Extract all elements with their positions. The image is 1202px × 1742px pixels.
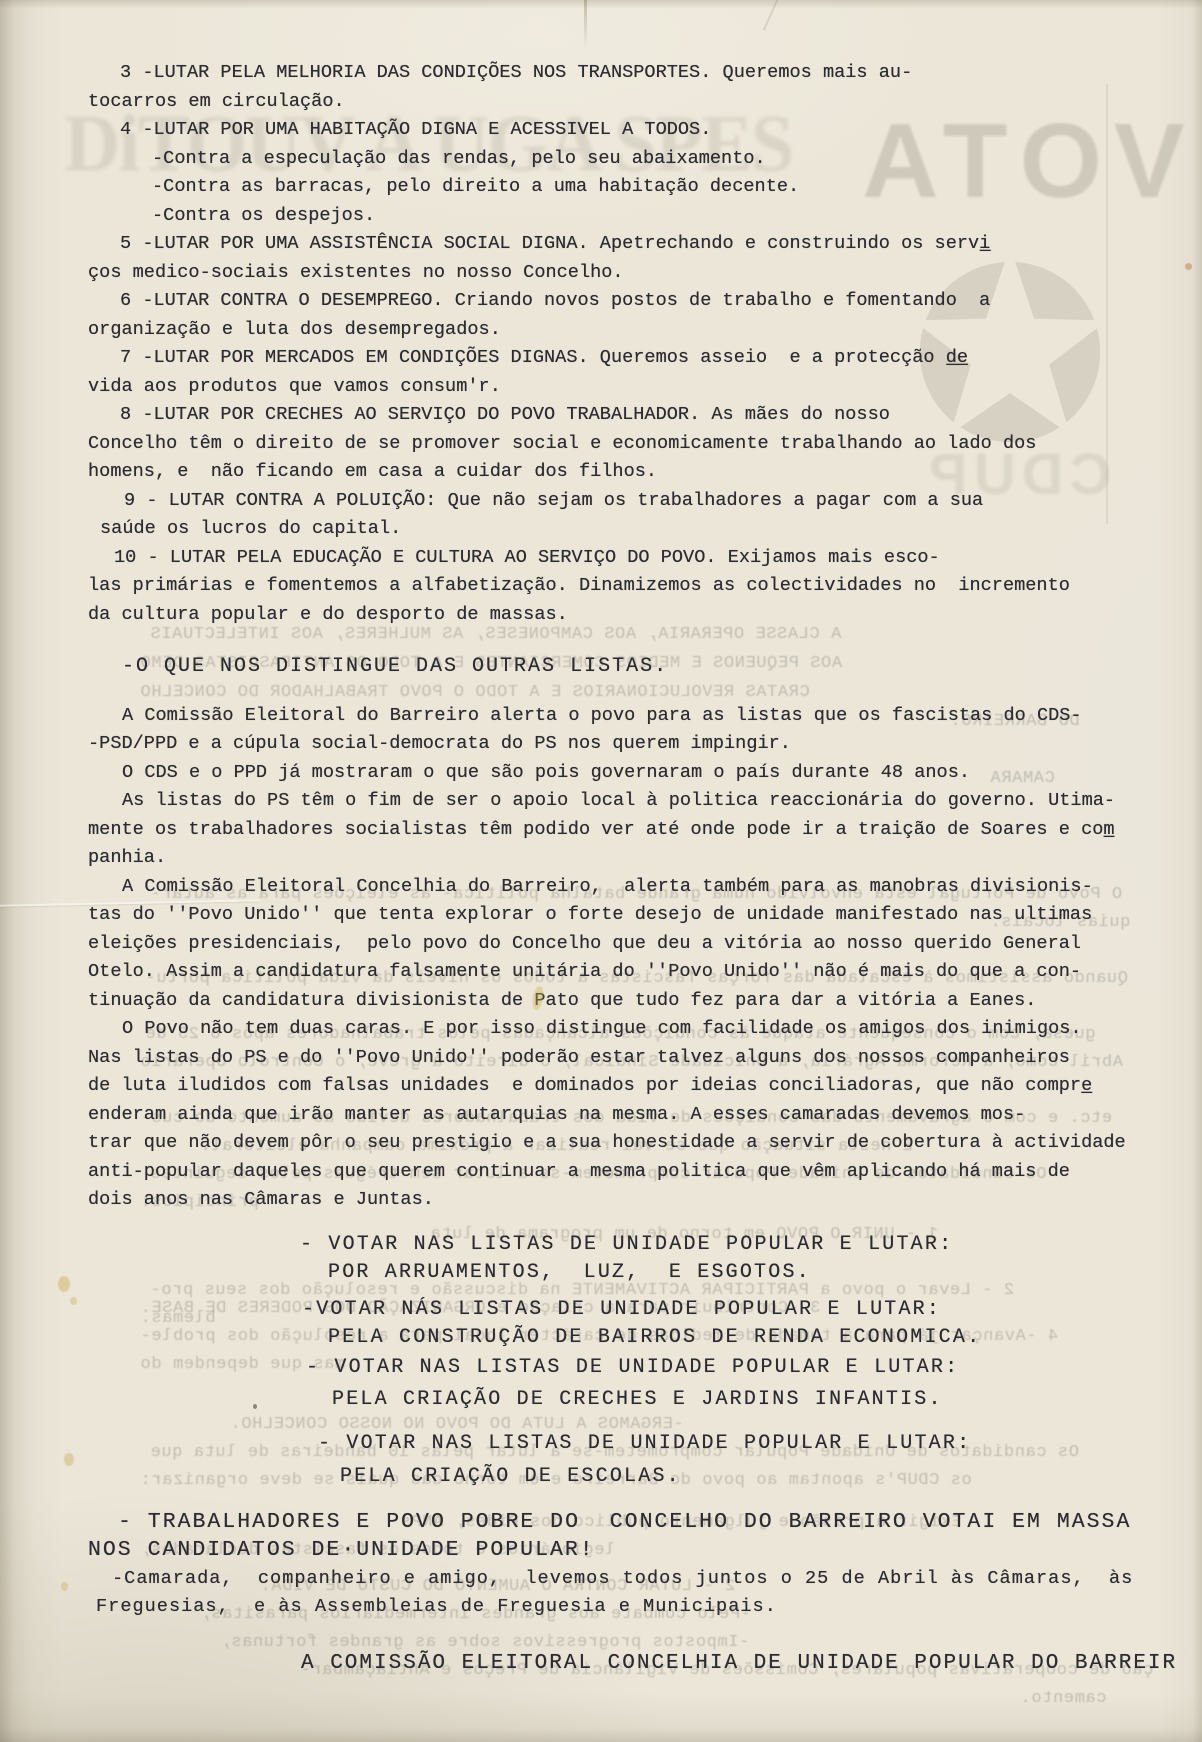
text-line: 8 -LUTAR POR CRECHES AO SERVIÇO DO POVO … [120,401,1168,430]
crease-right-fold [1106,84,1108,524]
text-line: 4 -LUTAR POR UMA HABITAÇÃO DIGNA E ACESS… [120,116,1168,145]
text-line: A Comissão Eleitoral do Barreiro alerta … [122,702,1168,731]
document-text: 3 -LUTAR PELA MELHORIA DAS CONDIÇÕES NOS… [88,59,1168,1678]
text-line: eleições presidenciais, pelo povo do Con… [88,930,1168,959]
text-line: A COMISSÃO ELEITORAL CONCELHIA DE UNIDAD… [301,1650,1168,1679]
text-line: 10 - LUTAR PELA EDUCAÇÃO E CULTURA AO SE… [114,544,1168,573]
text-line: O CDS e o PPD já mostraram o que são poi… [122,759,1168,788]
text-line: dois anos nas Câmaras e Juntas. [88,1186,1168,1215]
text-line: Nas listas do PS e do ''Povo Unido'' pod… [88,1044,1168,1073]
text-line: -PSD/PPD e a cúpula social-democrata do … [88,730,1168,759]
ghost-line: camento. [1020,1688,1106,1710]
text-line: - TRABALHADORES E POVO POBRE DO CONCELHO… [118,1508,1168,1537]
text-line: -Contra as barracas, pelo direito a uma … [152,173,1168,202]
text-line: As listas do PS têm o fim de ser o apoio… [122,787,1168,816]
text-line: enderam ainda que irão manter as autarqu… [88,1101,1168,1130]
text-line: NOS CANDIDATOS DE·UNIDADE POPULAR! [88,1536,1168,1565]
text-line: ços medico-sociais existentes no nosso C… [88,259,1168,288]
text-line: 5 -LUTAR POR UMA ASSISTÊNCIA SOCIAL DIGN… [120,230,1168,259]
text-line: PELA CRIAÇÃO DE CRECHES E JARDINS INFANT… [332,1386,1168,1415]
text-line: Freguesias, e às Assembleias de Freguesi… [96,1593,1168,1622]
text-line: - VOTAR NAS LISTAS DE UNIDADE POPULAR E … [306,1354,1168,1383]
text-line: de luta iludidos com falsas unidades e d… [88,1072,1168,1101]
text-line: A Comissão Eleitoral Concelhia do Barrei… [122,873,1168,902]
text-line: panhia. [88,844,1168,873]
text-line: organização e luta dos desempregados. [88,316,1168,345]
text-line: tas do ''Povo Unido'' que tenta explorar… [88,901,1168,930]
crease-top-center [584,0,587,50]
text-line: PELA CONSTRUÇÃO DE BAIRROS DE RENDA ECON… [328,1324,1168,1353]
stain [64,1453,74,1466]
text-line: 7 -LUTAR POR MERCADOS EM CONDIÇÕES DIGNA… [120,344,1168,373]
text-line: O Povo não tem duas caras. E por isso di… [122,1015,1168,1044]
scanned-leaflet-page: DiTOUV A UGA SPES VOTA CDUP A CLASSE OPE… [0,0,1202,1742]
text-line: anti-popular daqueles que querem continu… [88,1158,1168,1187]
text-line: 3 -LUTAR PELA MELHORIA DAS CONDIÇÕES NOS… [120,59,1168,88]
text-line: Otelo. Assim a candidatura falsamente un… [88,958,1168,987]
text-line: saúde os lucros do capital. [100,515,1168,544]
stain [58,1276,70,1292]
text-line: - VOTAR NAS LISTAS DE UNIDADE POPULAR E … [318,1430,1168,1459]
text-line: Concelho têm o direito de se promover so… [88,430,1168,459]
text-line: da cultura popular e do desporto de mass… [88,601,1168,630]
text-line: 9 - LUTAR CONTRA A POLUIÇÃO: Que não sej… [124,487,1168,516]
text-line: 6 -LUTAR CONTRA O DESEMPREGO. Criando no… [120,287,1168,316]
text-line: POR ARRUAMENTOS, LUZ, E ESGOTOS. [328,1259,1168,1288]
text-line: tinuação da candidatura divisionista de … [88,987,1168,1016]
stain [1185,263,1192,270]
text-line: -O QUE NOS DISTINGUE DAS OUTRAS LISTAS. [122,653,1168,682]
text-line: homens, e não ficando em casa a cuidar d… [88,458,1168,487]
stain [61,1582,68,1591]
text-line: mente os trabalhadores socialistas têm p… [88,816,1168,845]
text-line: las primárias e fomentemos a alfabetizaç… [88,572,1168,601]
text-line: -Contra os despejos. [152,202,1168,231]
text-line: vida aos produtos que vamos consum'r. [88,373,1168,402]
text-line: - VOTAR NAS LISTAS DE UNIDADE POPULAR E … [300,1231,1168,1260]
text-line: -Camarada, companheiro e amigo, levemos … [112,1565,1168,1594]
text-line: tocarros em circulação. [88,88,1168,117]
ink-speck [253,1404,257,1409]
stain [70,1297,77,1305]
text-line: -VOTAR NÁS LISTAS DE UNIDADE POPULAR E L… [302,1296,1168,1325]
text-line: -Contra a especulação das rendas, pelo s… [152,145,1168,174]
text-line: PELA CRIAÇÃO DE ESCOLAS. [340,1463,1168,1492]
text-line: trar que não devem pôr o seu prestigio e… [88,1129,1168,1158]
